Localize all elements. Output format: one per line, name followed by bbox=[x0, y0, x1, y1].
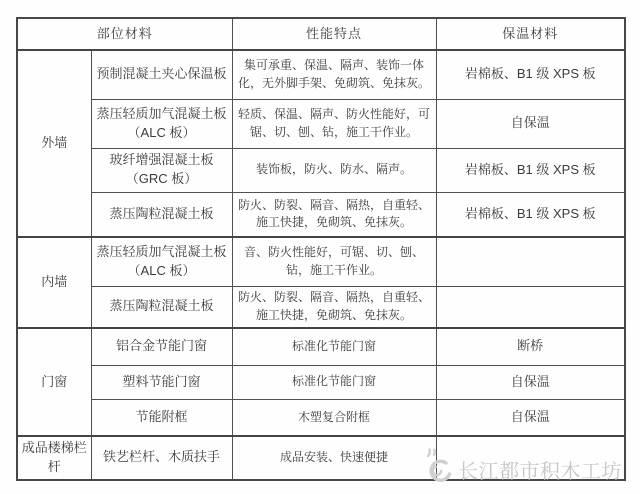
insulation-cell: 自保温 bbox=[436, 99, 625, 148]
insulation-cell: 岩棉板、B1 级 XPS 板 bbox=[436, 50, 625, 99]
materials-table: 部位材料 性能特点 保温材料 外墙 预制混凝土夹心保温板 集可承重、保温、隔声、… bbox=[16, 17, 626, 481]
table-row: 塑料节能门窗 标准化节能门窗 自保温 bbox=[17, 365, 625, 399]
insulation-cell: 岩棉板、B1 级 XPS 板 bbox=[436, 192, 625, 237]
insulation-cell: 自保温 bbox=[436, 399, 625, 436]
group-cell-exterior-wall: 外墙 bbox=[17, 50, 91, 237]
material-cell: 蒸压陶粒混凝土板 bbox=[91, 286, 232, 328]
material-cell: 玻纤增强混凝土板 （GRC 板） bbox=[91, 148, 232, 192]
table-row: 节能附框 木塑复合附框 自保温 bbox=[17, 399, 625, 436]
features-cell: 标准化节能门窗 bbox=[232, 365, 436, 399]
material-cell: 蒸压陶粒混凝土板 bbox=[91, 192, 232, 237]
header-performance: 性能特点 bbox=[232, 18, 436, 50]
group-cell-stair-railing: 成品楼梯栏杆 bbox=[17, 436, 91, 480]
insulation-cell bbox=[436, 237, 625, 286]
table-row: 蒸压轻质加气混凝土板 （ALC 板） 轻质、保温、隔声、防火性能好，可锯、切、刨… bbox=[17, 99, 625, 148]
material-cell: 蒸压轻质加气混凝土板 （ALC 板） bbox=[91, 99, 232, 148]
table-row: 成品楼梯栏杆 铁艺栏杆、木质扶手 成品安装、快速便捷 bbox=[17, 436, 625, 480]
features-cell: 音、防火性能好，可锯、切、刨、钻，施工干作业。 bbox=[232, 237, 436, 286]
material-cell: 预制混凝土夹心保温板 bbox=[91, 50, 232, 99]
header-insulation: 保温材料 bbox=[436, 18, 625, 50]
table-row: 内墙 蒸压轻质加气混凝土板 （ALC 板） 音、防火性能好，可锯、切、刨、钻，施… bbox=[17, 237, 625, 286]
material-cell: 蒸压轻质加气混凝土板 （ALC 板） bbox=[91, 237, 232, 286]
material-cell: 节能附框 bbox=[91, 399, 232, 436]
insulation-cell: 岩棉板、B1 级 XPS 板 bbox=[436, 148, 625, 192]
table-row: 蒸压陶粒混凝土板 防火、防裂、隔音、隔热，自重轻、施工快捷，免砌筑、免抹灰。 bbox=[17, 286, 625, 328]
material-cell: 铁艺栏杆、木质扶手 bbox=[91, 436, 232, 480]
features-cell: 装饰板，防火、防水、隔声。 bbox=[232, 148, 436, 192]
table-row: 外墙 预制混凝土夹心保温板 集可承重、保温、隔声、装饰一体化，无外脚手架、免砌筑… bbox=[17, 50, 625, 99]
insulation-cell bbox=[436, 436, 625, 480]
group-cell-interior-wall: 内墙 bbox=[17, 237, 91, 328]
group-cell-doors-windows: 门窗 bbox=[17, 328, 91, 436]
material-cell: 塑料节能门窗 bbox=[91, 365, 232, 399]
features-cell: 标准化节能门窗 bbox=[232, 328, 436, 365]
table-header-row: 部位材料 性能特点 保温材料 bbox=[17, 18, 625, 50]
features-cell: 木塑复合附框 bbox=[232, 399, 436, 436]
page: 部位材料 性能特点 保温材料 外墙 预制混凝土夹心保温板 集可承重、保温、隔声、… bbox=[0, 0, 640, 494]
insulation-cell: 自保温 bbox=[436, 365, 625, 399]
header-part-material: 部位材料 bbox=[17, 18, 232, 50]
table-row: 门窗 铝合金节能门窗 标准化节能门窗 断桥 bbox=[17, 328, 625, 365]
insulation-cell bbox=[436, 286, 625, 328]
features-cell: 轻质、保温、隔声、防火性能好，可锯、切、刨、钻，施工干作业。 bbox=[232, 99, 436, 148]
table-row: 蒸压陶粒混凝土板 防火、防裂、隔音、隔热，自重轻、施工快捷，免砌筑、免抹灰。 岩… bbox=[17, 192, 625, 237]
material-cell: 铝合金节能门窗 bbox=[91, 328, 232, 365]
features-cell: 防火、防裂、隔音、隔热，自重轻、施工快捷，免砌筑、免抹灰。 bbox=[232, 286, 436, 328]
features-cell: 集可承重、保温、隔声、装饰一体化，无外脚手架、免砌筑、免抹灰。 bbox=[232, 50, 436, 99]
table-row: 玻纤增强混凝土板 （GRC 板） 装饰板，防火、防水、隔声。 岩棉板、B1 级 … bbox=[17, 148, 625, 192]
insulation-cell: 断桥 bbox=[436, 328, 625, 365]
features-cell: 防火、防裂、隔音、隔热，自重轻、施工快捷，免砌筑、免抹灰。 bbox=[232, 192, 436, 237]
features-cell: 成品安装、快速便捷 bbox=[232, 436, 436, 480]
